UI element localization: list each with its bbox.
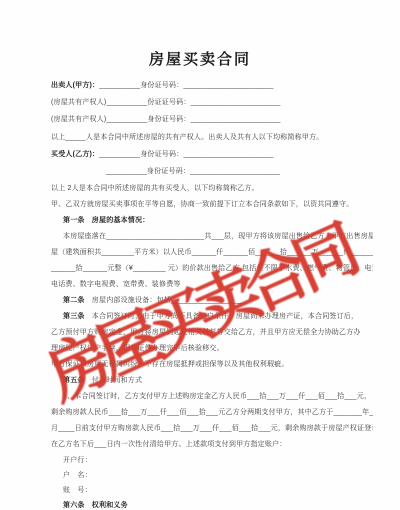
contract-line: 账 号： <box>51 485 373 500</box>
clause-label: 第一条 房屋的基本情况： <box>63 217 149 224</box>
line-text: 理房屋产权过户手续，相关证件办理完毕后核验移交。 <box>51 345 224 352</box>
line-text: 在乙方名下后___日内一次性付清给甲方。上述款项支付到甲方指定账户： <box>51 441 286 448</box>
line-text: 月____日前支付甲方购房款人民币___拾___万___仟___佰___拾___… <box>51 425 373 432</box>
contract-line: 甲、乙双方就房屋买卖事项在平等自愿，协商一致前提下订立本合同条款如下，以资共同遵… <box>51 199 373 215</box>
clause-label: 出卖人(甲方)： <box>51 82 99 89</box>
contract-document: 房屋买卖合同 出卖人(甲方)：__________身份证号码：_________… <box>0 0 400 510</box>
contract-line: 户 名： <box>51 470 373 485</box>
contract-line: 开户行： <box>51 455 373 470</box>
line-text: 1、本合同签订时，乙方支付甲方上述购房定金乙方人民币___拾___万___仟__… <box>63 393 371 400</box>
contract-lines: 出卖人(甲方)：__________身份证号码：________________… <box>51 80 373 510</box>
line-text: 房屋内部设施设备：包括__________________ <box>85 297 245 304</box>
contract-line: 屋（建筑面积共________平方米）以人民币______仟______佰___… <box>51 247 373 263</box>
contract-page: 房屋买卖合同 出卖人(甲方)：__________身份证号码：_________… <box>0 0 400 510</box>
line-text: __________身份证号码：______________________ <box>99 82 273 89</box>
clause-label: 第五条 <box>63 377 85 384</box>
contract-line: 买受人(乙方)：__________身份证号码：________________… <box>51 149 373 166</box>
clause-label: 第六条 权利和义务 <box>63 502 128 509</box>
contract-line: 甲方保证该房屋无权属纠纷，不存在房屋抵押或担保等以及其他权利瑕疵。 <box>51 359 373 375</box>
line-text: __________身份证号码：______________________ <box>99 151 273 158</box>
line-text: 电话费、数字电视费、宽带费、装修费等 <box>51 281 181 288</box>
contract-line: __________身份证号码：______________________ <box>51 166 373 183</box>
line-text: 以上 2人是本合同中所述房屋的共有买受人，以下均称简称乙方。 <box>51 185 259 192</box>
line-text: 剩余购房款人民币___拾___万___仟___佰___拾___元乙方分两期支付甲… <box>51 409 373 416</box>
contract-line: 乙方预付甲方购房定金，甲方将房屋钥匙及相关材料等交给乙方，并且甲方应无偿全力协助… <box>51 327 373 343</box>
contract-line: 在乙方名下后___日内一次性付清给甲方。上述款项支付到甲方指定账户： <box>51 439 373 455</box>
clause-label: 买受人(乙方)： <box>51 151 99 158</box>
contract-line: ______拾______元整（¥________ 元）的价款出售给乙方,包括但… <box>51 263 373 279</box>
line-text: ______拾______元整（¥________ 元）的价款出售给乙方,包括但… <box>51 265 373 272</box>
contract-line: 第五条 付款时间和方式 <box>51 375 373 391</box>
line-text: 本房屋座落在________________________共___层，现甲方将… <box>63 233 373 240</box>
contract-line: 以上_____人是本合同中所述房屋的共有产权人。出卖人及共有人以下均称简称甲方。 <box>51 132 373 149</box>
line-text: (房屋共有产权人)__________份证证号码：_______________… <box>51 99 281 106</box>
contract-line: 月____日前支付甲方购房款人民币___拾___万___仟___佰___拾___… <box>51 423 373 439</box>
line-text: 账 号： <box>63 487 92 494</box>
contract-line: 第三条 本合同签订时，由于甲方尚不具备过户条件，房屋尚未办理房产证，本合同签订后… <box>51 311 373 327</box>
clause-label: 第二条 <box>63 297 85 304</box>
line-text: __________身份证号码：______________________ <box>106 168 280 175</box>
line-text: 开户行： <box>63 457 92 464</box>
contract-line: 理房屋产权过户手续，相关证件办理完毕后核验移交。 <box>51 343 373 359</box>
line-text: (房屋共有产权人)__________身份证号码：_______________… <box>51 116 281 123</box>
clause-label: 第三条 <box>63 313 85 320</box>
contract-line: (房屋共有产权人)__________份证证号码：_______________… <box>51 97 373 114</box>
contract-line: 本房屋座落在________________________共___层，现甲方将… <box>51 231 373 247</box>
contract-line: 第二条 房屋内部设施设备：包括__________________ <box>51 295 373 311</box>
line-text: 户 名： <box>63 472 92 479</box>
contract-line: 第一条 房屋的基本情况： <box>51 215 373 231</box>
line-text: 以上_____人是本合同中所述房屋的共有产权人。出卖人及共有人以下均称简称甲方。 <box>51 134 323 141</box>
line-text: 屋（建筑面积共________平方米）以人民币______仟______佰___… <box>51 249 373 256</box>
line-text: 甲方保证该房屋无权属纠纷，不存在房屋抵押或担保等以及其他权利瑕疵。 <box>51 361 289 368</box>
contract-title: 房屋买卖合同 <box>0 48 400 69</box>
contract-line: (房屋共有产权人)__________身份证号码：_______________… <box>51 114 373 131</box>
contract-line: 1、本合同签订时，乙方支付甲方上述购房定金乙方人民币___拾___万___仟__… <box>51 391 373 407</box>
contract-line: 剩余购房款人民币___拾___万___仟___佰___拾___元乙方分两期支付甲… <box>51 407 373 423</box>
line-text: 本合同签订时，由于甲方尚不具备过户条件，房屋尚未办理房产证，本合同签订后， <box>85 313 359 320</box>
line-text: 乙方预付甲方购房定金，甲方将房屋钥匙及相关材料等交给乙方，并且甲方应无偿全力协助… <box>51 329 361 336</box>
contract-line: 电话费、数字电视费、宽带费、装修费等 <box>51 279 373 295</box>
line-text: 甲、乙双方就房屋买卖事项在平等自愿，协商一致前提下订立本合同条款如下，以资共同遵… <box>51 201 353 208</box>
contract-line: 出卖人(甲方)：__________身份证号码：________________… <box>51 80 373 97</box>
line-text: 付款时间和方式 <box>85 377 143 384</box>
contract-line: 第六条 权利和义务 <box>51 500 373 510</box>
contract-line: 以上 2人是本合同中所述房屋的共有买受人，以下均称简称乙方。 <box>51 183 373 199</box>
